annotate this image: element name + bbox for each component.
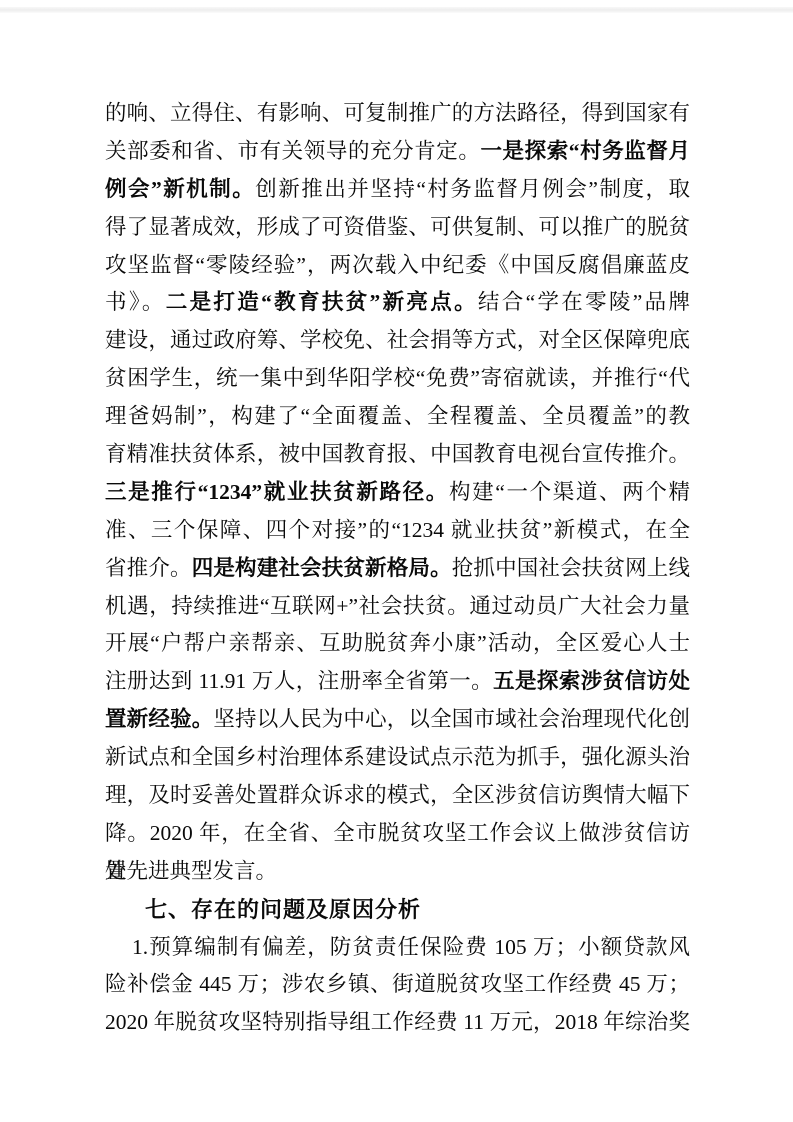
text-segment: 理爸妈制”，构建了“全面覆盖、全程覆盖、全员覆盖”的教 [105, 404, 690, 428]
text-line: 建设，通过政府筹、学校免、社会捐等方式，对全区保障兜底 [105, 322, 690, 360]
text-line: 降。2020 年，在全省、全市脱贫攻坚工作会议上做涉贫信访处 [105, 815, 690, 853]
text-line: 开展“户帮户亲帮亲、互助脱贫奔小康”活动，全区爱心人士 [105, 625, 690, 663]
text-segment: 书》。 [105, 290, 166, 314]
text-segment: 得了显著成效，形成了可资借鉴、可供复制、可以推广的脱贫 [105, 215, 690, 239]
text-segment: 准、三个保障、四个对接”的“1234 就业扶贫”新模式，在全 [105, 518, 690, 542]
text-segment: 坚持以人民为中心，以全国市域社会治理现代化创 [213, 707, 690, 731]
section-heading: 七、存在的问题及原因分析 [105, 891, 690, 929]
text-segment: 1.预算编制有偏差，防贫责任保险费 105 万；小额贷款风 [132, 935, 690, 959]
text-segment: 育精准扶贫体系，被中国教育报、中国教育电视台宣传推介。 [105, 442, 690, 466]
text-line: 三是推行“1234”就业扶贫新路径。构建“一个渠道、两个精 [105, 474, 690, 512]
text-line: 新试点和全国乡村治理体系建设试点示范为抓手，强化源头治 [105, 739, 690, 777]
text-segment: 结合“学在零陵”品牌 [478, 290, 690, 314]
bold-text-segment: 置新经验。 [105, 707, 213, 731]
text-line: 置先进典型发言。 [105, 853, 690, 891]
bold-text-segment: 一是探索“村务监督月 [480, 139, 690, 163]
scan-artifact-band [0, 7, 793, 13]
text-line: 理，及时妥善处置群众诉求的模式，全区涉贫信访舆情大幅下 [105, 777, 690, 815]
text-segment: 攻坚监督“零陵经验”，两次载入中纪委《中国反腐倡廉蓝皮 [105, 253, 690, 277]
text-segment: 创新推出并坚持“村务监督月例会”制度，取 [255, 177, 690, 201]
document-page: 的响、立得住、有影响、可复制推广的方法路径，得到国家有关部委和省、市有关领导的充… [0, 0, 793, 1122]
text-segment: 机遇，持续推进“互联网+”社会扶贫。通过动员广大社会力量 [105, 594, 690, 618]
text-segment: 构建“一个渠道、两个精 [449, 480, 690, 504]
bold-text-segment: 五是探索涉贫信访处 [493, 669, 690, 693]
text-block: 的响、立得住、有影响、可复制推广的方法路径，得到国家有关部委和省、市有关领导的充… [105, 95, 690, 1042]
text-segment: 的响、立得住、有影响、可复制推广的方法路径，得到国家有 [105, 101, 690, 125]
text-line: 置新经验。坚持以人民为中心，以全国市域社会治理现代化创 [105, 701, 690, 739]
text-line: 书》。二是打造“教育扶贫”新亮点。结合“学在零陵”品牌 [105, 284, 690, 322]
text-line: 关部委和省、市有关领导的充分肯定。一是探索“村务监督月 [105, 133, 690, 171]
bold-text-segment: 三是推行“1234”就业扶贫新路径。 [105, 480, 449, 504]
text-line: 机遇，持续推进“互联网+”社会扶贫。通过动员广大社会力量 [105, 588, 690, 626]
text-segment: 关部委和省、市有关领导的充分肯定。 [105, 139, 480, 163]
bold-text-segment: 四是构建社会扶贫新格局。 [192, 556, 452, 580]
text-segment: 2020 年脱贫攻坚特别指导组工作经费 11 万元，2018 年综治奖 [105, 1010, 690, 1034]
text-segment: 省推介。 [105, 556, 192, 580]
bold-text-segment: 七、存在的问题及原因分析 [145, 897, 421, 922]
text-line: 得了显著成效，形成了可资借鉴、可供复制、可以推广的脱贫 [105, 209, 690, 247]
bold-text-segment: 例会”新机制。 [105, 177, 255, 201]
text-line: 例会”新机制。创新推出并坚持“村务监督月例会”制度，取 [105, 171, 690, 209]
bold-text-segment: 二是打造“教育扶贫”新亮点。 [166, 290, 478, 314]
text-segment: 注册达到 11.91 万人，注册率全省第一。 [105, 669, 493, 693]
text-segment: 置先进典型发言。 [105, 859, 277, 883]
text-line: 准、三个保障、四个对接”的“1234 就业扶贫”新模式，在全 [105, 512, 690, 550]
text-segment: 开展“户帮户亲帮亲、互助脱贫奔小康”活动，全区爱心人士 [105, 631, 690, 655]
text-line: 育精准扶贫体系，被中国教育报、中国教育电视台宣传推介。 [105, 436, 690, 474]
text-line: 理爸妈制”，构建了“全面覆盖、全程覆盖、全员覆盖”的教 [105, 398, 690, 436]
text-segment: 抢抓中国社会扶贫网上线 [452, 556, 690, 580]
text-line: 省推介。四是构建社会扶贫新格局。抢抓中国社会扶贫网上线 [105, 550, 690, 588]
text-line: 攻坚监督“零陵经验”，两次载入中纪委《中国反腐倡廉蓝皮 [105, 247, 690, 285]
text-line: 的响、立得住、有影响、可复制推广的方法路径，得到国家有 [105, 95, 690, 133]
text-segment: 建设，通过政府筹、学校免、社会捐等方式，对全区保障兜底 [105, 328, 690, 352]
text-segment: 理，及时妥善处置群众诉求的模式，全区涉贫信访舆情大幅下 [105, 783, 690, 807]
text-line: 险补偿金 445 万；涉农乡镇、街道脱贫攻坚工作经费 45 万； [105, 966, 690, 1004]
text-line: 贫困学生，统一集中到华阳学校“免费”寄宿就读，并推行“代 [105, 360, 690, 398]
text-segment: 新试点和全国乡村治理体系建设试点示范为抓手，强化源头治 [105, 745, 690, 769]
text-line: 2020 年脱贫攻坚特别指导组工作经费 11 万元，2018 年综治奖 [105, 1004, 690, 1042]
text-segment: 险补偿金 445 万；涉农乡镇、街道脱贫攻坚工作经费 45 万； [105, 972, 690, 996]
text-segment: 贫困学生，统一集中到华阳学校“免费”寄宿就读，并推行“代 [105, 366, 690, 390]
text-line: 注册达到 11.91 万人，注册率全省第一。五是探索涉贫信访处 [105, 663, 690, 701]
text-line: 1.预算编制有偏差，防贫责任保险费 105 万；小额贷款风 [105, 929, 690, 967]
